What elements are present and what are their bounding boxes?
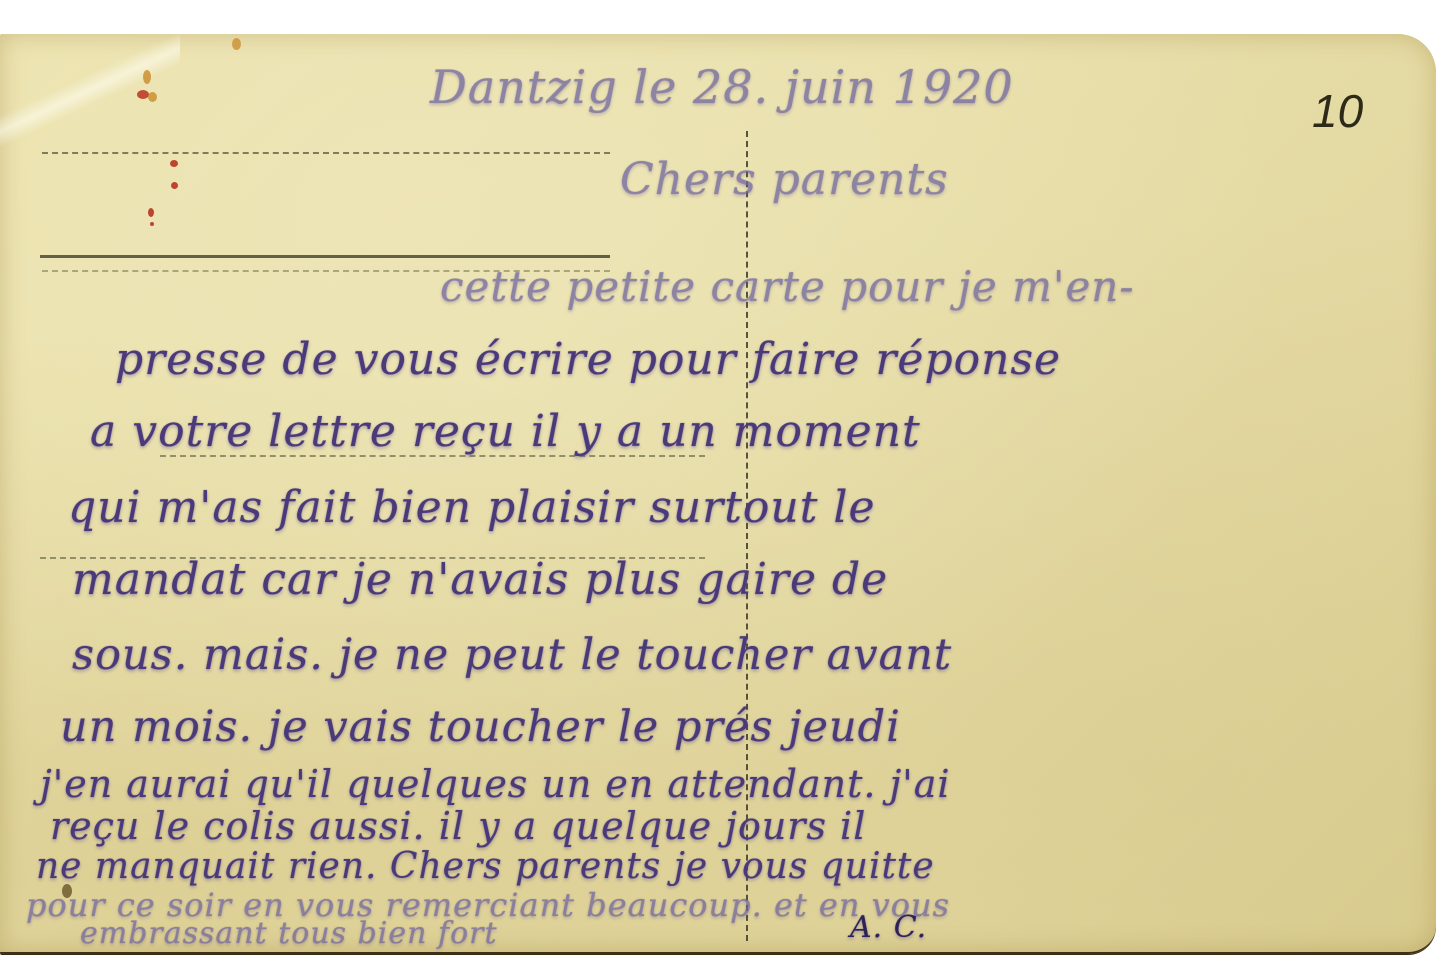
letter-line: sous. mais. je ne peut le toucher avant (72, 630, 952, 680)
letter-line: j'en aurai qu'il quelques un en attendan… (40, 762, 951, 806)
stain-spot (143, 70, 151, 84)
printed-dotted-line (42, 152, 610, 154)
stain-spot (170, 160, 178, 167)
letter-line: ne manquait rien. Chers parents je vous … (36, 846, 935, 887)
letter-line: embrassant tous bien fort (80, 916, 498, 951)
stain-spot (150, 222, 154, 226)
letter-line: cette petite carte pour je m'en- (440, 262, 1135, 311)
printed-solid-line (40, 255, 610, 258)
archive-number: 10 (1312, 84, 1363, 138)
stain-spot (148, 208, 154, 217)
salutation: Chers parents (620, 154, 949, 205)
letter-line: un mois. je vais toucher le prés jeudi (60, 702, 901, 752)
signature: A. C. (850, 910, 927, 945)
postcard: 10 Dantzig le 28. juin 1920 Chers parent… (0, 34, 1436, 954)
place-date: Dantzig le 28. juin 1920 (430, 60, 1014, 114)
letter-line: presse de vous écrire pour faire réponse (115, 334, 1061, 385)
stain-spot (232, 38, 241, 50)
stain-spot (148, 92, 157, 102)
letter-line: reçu le colis aussi. il y a quelque jour… (50, 804, 866, 848)
letter-line: mandat car je n'avais plus gaire de (72, 554, 888, 605)
letter-line: a votre lettre reçu il y a un moment (90, 406, 921, 457)
stain-spot (171, 182, 178, 189)
letter-line: qui m'as fait bien plaisir surtout le (68, 482, 876, 533)
